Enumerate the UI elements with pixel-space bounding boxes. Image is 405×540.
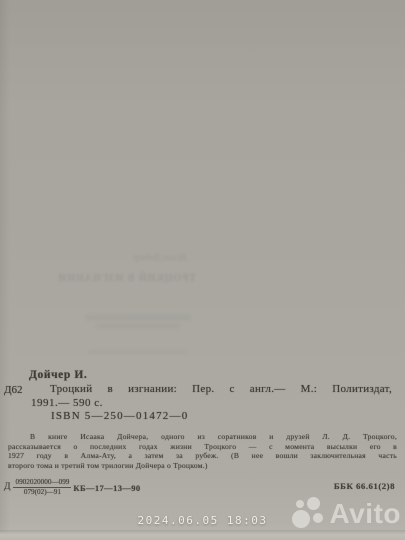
showthrough-author-text: Исаак Дойчер bbox=[128, 252, 192, 262]
bibliography-line-1: Троцкий в изгнании: Пер. с англ.— М.: По… bbox=[50, 383, 392, 395]
book-imprint-page-photo: Исаак Дойчер ТРОЦКИЙ В ИЗГНАНИИ Дойчер И… bbox=[0, 0, 405, 540]
catalog-index-prefix: Д bbox=[4, 482, 10, 492]
showthrough-smudge bbox=[86, 315, 190, 320]
annotation-paragraph: В книге Исаака Дойчера, одного из соратн… bbox=[8, 432, 397, 470]
avito-wordmark: Avito bbox=[330, 498, 401, 530]
isbn-line: ISBN 5—250—01472—0 bbox=[51, 410, 188, 422]
annotation-line: В книге Исаака Дойчера, одного из соратн… bbox=[8, 432, 397, 442]
catalog-index-numerator: 0902020000—099 bbox=[13, 479, 71, 488]
showthrough-smudge bbox=[88, 350, 188, 354]
catalog-letter-code: Д62 bbox=[4, 384, 23, 396]
annotation-line: 1927 году в Алма-Ату, а затем за рубеж. … bbox=[8, 451, 397, 461]
catalog-index-denominator: 079(02)—91 bbox=[13, 488, 71, 496]
bbk-classification: ББК 66.61(2)8 bbox=[334, 481, 395, 491]
avito-dot-icon bbox=[292, 510, 310, 528]
annotation-line: второго тома и третий том трилогии Дойче… bbox=[8, 461, 397, 471]
bibliography-line-2: 1991.— 590 с. bbox=[31, 397, 103, 409]
catalog-index-fraction: 0902020000—099 079(02)—91 bbox=[13, 479, 71, 496]
avito-watermark: Avito bbox=[292, 497, 401, 530]
catalog-index-suffix: КБ—17—13—90 bbox=[73, 483, 140, 493]
showthrough-title-text: ТРОЦКИЙ В ИЗГНАНИИ bbox=[78, 273, 196, 284]
avito-dot-icon bbox=[307, 497, 320, 510]
annotation-line: рассказывается о последних годах жизни Т… bbox=[8, 442, 397, 452]
avito-dot-icon bbox=[296, 500, 304, 508]
photo-timestamp: 2024.06.05 18:03 bbox=[138, 514, 268, 527]
avito-logo-icon bbox=[292, 497, 328, 530]
showthrough-smudge bbox=[96, 324, 180, 328]
catalog-index: Д 0902020000—099 079(02)—91 КБ—17—13—90 bbox=[4, 479, 141, 496]
avito-dot-icon bbox=[313, 513, 323, 523]
page-bottom-edge bbox=[0, 530, 405, 540]
author-heading: Дойчер И. bbox=[29, 369, 87, 381]
